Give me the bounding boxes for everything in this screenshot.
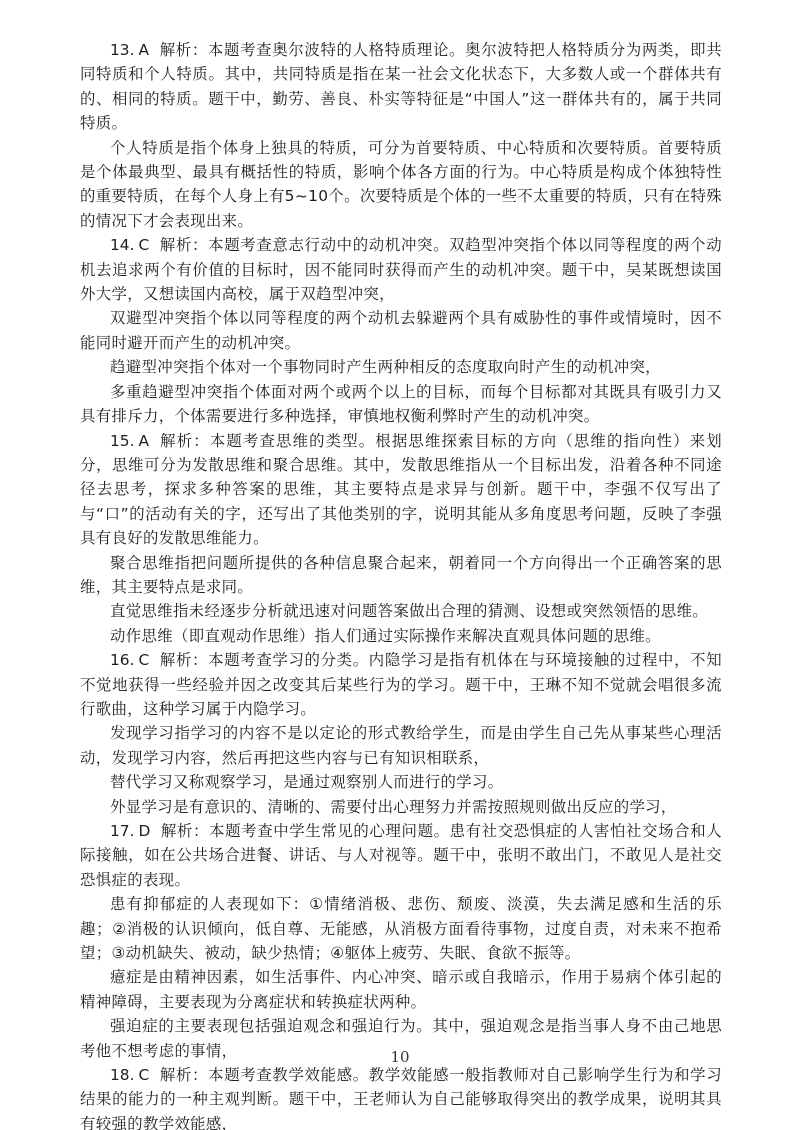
answer-paragraph-q16-1: 16.C解析：本题考查学习的分类。内隐学习是指有机体在与环境接触的过程中，不知不… <box>80 648 722 721</box>
explanation-text: 解析：本题考查学习的分类。内隐学习是指有机体在与环境接触的过程中，不知不觉地获得… <box>80 651 722 718</box>
explanation-paragraph: 多重趋避型冲突指个体面对两个或两个以上的目标，而每个目标都对其既具有吸引力又具有… <box>80 380 722 429</box>
explanation-text: 解析：本题考查教学效能感。教学效能感一般指教师对自己影响学生行为和学习结果的能力… <box>80 1066 722 1130</box>
explanation-text: 解析：本题考查奥尔波特的人格特质理论。奥尔波特把人格特质分为两类，即共同特质和个… <box>80 41 722 132</box>
explanation-paragraph: 动作思维（即直观动作思维）指人们通过实际操作来解决直观具体问题的思维。 <box>80 624 722 648</box>
question-number: 18. <box>110 1066 134 1084</box>
answer-letter: C <box>138 236 149 254</box>
explanation-paragraph: 聚合思维指把问题所提供的各种信息聚合起来，朝着同一个方向得出一个正确答案的思维，… <box>80 551 722 600</box>
answer-letter: C <box>138 651 149 669</box>
explanation-text: 解析：本题考查意志行动中的动机冲突。双趋型冲突指个体以同等程度的两个动机去追求两… <box>80 236 722 303</box>
answer-paragraph-q15-1: 15.A解析：本题考查思维的类型。根据思维探索目标的方向（思维的指向性）来划分，… <box>80 429 722 551</box>
explanation-paragraph: 替代学习又称观察学习，是通过观察别人而进行的学习。 <box>80 770 722 794</box>
explanation-paragraph: 个人特质是指个体身上独具的特质，可分为首要特质、中心特质和次要特质。首要特质是个… <box>80 136 722 234</box>
answer-letter: D <box>138 822 150 840</box>
explanation-paragraph: 癔症是由精神因素，如生活事件、内心冲突、暗示或自我暗示，作用于易病个体引起的精神… <box>80 965 722 1014</box>
document-body: 13.A解析：本题考查奥尔波特的人格特质理论。奥尔波特把人格特质分为两类，即共同… <box>80 38 722 1130</box>
explanation-paragraph: 直觉思维指未经逐步分析就迅速对问题答案做出合理的猜测、设想或突然领悟的思维。 <box>80 599 722 623</box>
question-number: 16. <box>110 651 134 669</box>
answer-paragraph-q18-1: 18.C解析：本题考查教学效能感。教学效能感一般指教师对自己影响学生行为和学习结… <box>80 1063 722 1130</box>
explanation-paragraph: 双避型冲突指个体以同等程度的两个动机去躲避两个具有威胁性的事件或情境时，因不能同… <box>80 306 722 355</box>
question-number: 13. <box>110 41 134 59</box>
question-number: 14. <box>110 236 134 254</box>
answer-letter: A <box>138 432 149 450</box>
explanation-paragraph: 发现学习指学习的内容不是以定论的形式教给学生，而是由学生自己先从事某些心理活动，… <box>80 721 722 770</box>
explanation-paragraph: 外显学习是有意识的、清晰的、需要付出心理努力并需按照规则做出反应的学习， <box>80 795 722 819</box>
explanation-text: 解析：本题考查中学生常见的心理问题。患有社交恐惧症的人害怕社交场合和人际接触，如… <box>80 822 722 889</box>
answer-paragraph-q13-1: 13.A解析：本题考查奥尔波特的人格特质理论。奥尔波特把人格特质分为两类，即共同… <box>80 38 722 136</box>
explanation-paragraph: 患有抑郁症的人表现如下：①情绪消极、悲伤、颓废、淡漠，失去满足感和生活的乐趣；②… <box>80 892 722 965</box>
question-number: 15. <box>110 432 134 450</box>
page-number: 10 <box>0 1048 800 1066</box>
answer-paragraph-q17-1: 17.D解析：本题考查中学生常见的心理问题。患有社交恐惧症的人害怕社交场合和人际… <box>80 819 722 892</box>
explanation-paragraph: 趋避型冲突指个体对一个事物同时产生两种相反的态度取向时产生的动机冲突， <box>80 355 722 379</box>
question-number: 17. <box>110 822 134 840</box>
explanation-text: 解析：本题考查思维的类型。根据思维探索目标的方向（思维的指向性）来划分，思维可分… <box>80 432 722 548</box>
answer-letter: A <box>138 41 149 59</box>
answer-letter: C <box>138 1066 149 1084</box>
answer-paragraph-q14-1: 14.C解析：本题考查意志行动中的动机冲突。双趋型冲突指个体以同等程度的两个动机… <box>80 233 722 306</box>
